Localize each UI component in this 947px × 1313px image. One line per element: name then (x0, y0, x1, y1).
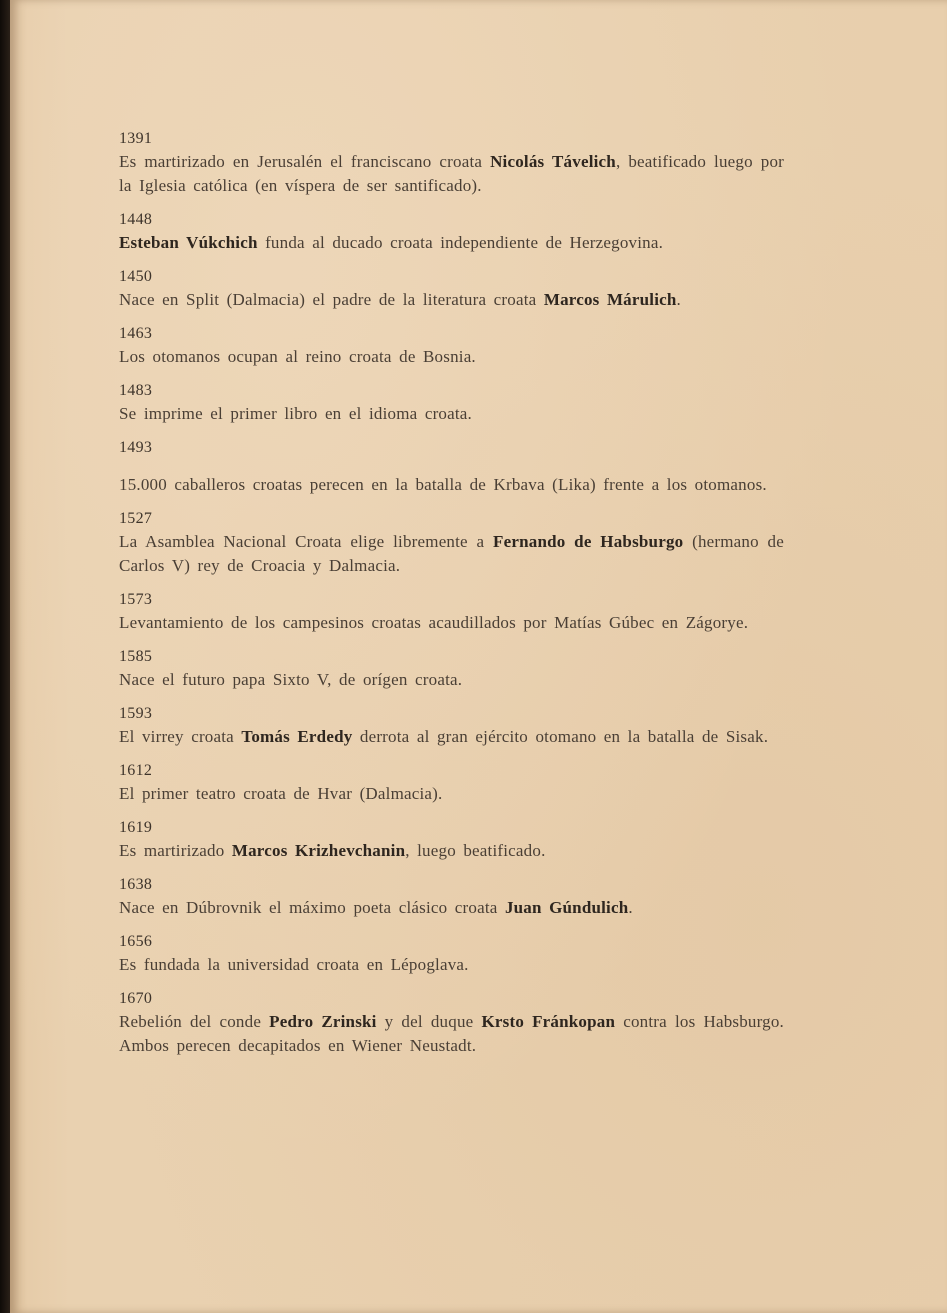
entry-year: 1493 (119, 437, 784, 459)
person-name: Nicolás Távelich (490, 152, 616, 171)
entry-year: 1585 (119, 646, 784, 668)
person-name: Marcos Krizhevchanin (232, 841, 405, 860)
entry-text: Los otomanos ocupan al reino croata de B… (119, 345, 784, 369)
entry-year: 1619 (119, 817, 784, 839)
person-name: Marcos Márulich (544, 290, 677, 309)
text-segment: . (628, 898, 632, 917)
text-segment: Nace en Dúbrovnik el máximo poeta clásic… (119, 898, 505, 917)
spacer (119, 459, 784, 473)
person-name: Esteban Vúkchich (119, 233, 258, 252)
text-segment: La Asamblea Nacional Croata elige librem… (119, 532, 493, 551)
entry-year: 1450 (119, 266, 784, 288)
chronology-entry: 1463Los otomanos ocupan al reino croata … (119, 323, 784, 369)
entry-text: Es martirizado Marcos Krizhevchanin, lue… (119, 839, 784, 863)
entry-year: 1391 (119, 128, 784, 150)
chronology-entry: 1670Rebelión del conde Pedro Zrinski y d… (119, 988, 784, 1058)
chronology-entry: 1585Nace el futuro papa Sixto V, de oríg… (119, 646, 784, 692)
text-segment: Nace en Split (Dalmacia) el padre de la … (119, 290, 544, 309)
entry-text: Levantamiento de los campesinos croatas … (119, 611, 784, 635)
entry-text: Se imprime el primer libro en el idioma … (119, 402, 784, 426)
entry-year: 1612 (119, 760, 784, 782)
entry-year: 1527 (119, 508, 784, 530)
entry-year: 1656 (119, 931, 784, 953)
entry-year: 1463 (119, 323, 784, 345)
text-segment: Se imprime el primer libro en el idioma … (119, 404, 472, 423)
text-segment: El virrey croata (119, 727, 241, 746)
person-name: Tomás Erdedy (241, 727, 352, 746)
text-segment: funda al ducado croata independiente de … (258, 233, 663, 252)
person-name: Krsto Fránkopan (481, 1012, 615, 1031)
chronology-entry: 1619Es martirizado Marcos Krizhevchanin,… (119, 817, 784, 863)
text-segment: Es martirizado (119, 841, 232, 860)
entry-text: Es fundada la universidad croata en Lépo… (119, 953, 784, 977)
chronology-entry: 149315.000 caballeros croatas perecen en… (119, 437, 784, 497)
text-segment: Levantamiento de los campesinos croatas … (119, 613, 748, 632)
entry-text: Nace en Split (Dalmacia) el padre de la … (119, 288, 784, 312)
chronology-entry: 1391Es martirizado en Jerusalén el franc… (119, 128, 784, 198)
text-segment: Rebelión del conde (119, 1012, 269, 1031)
entry-year: 1483 (119, 380, 784, 402)
text-segment: derrota al gran ejército otomano en la b… (352, 727, 768, 746)
text-segment: El primer teatro croata de Hvar (Dalmaci… (119, 784, 442, 803)
chronology-entry: 1483Se imprime el primer libro en el idi… (119, 380, 784, 426)
chronology-entry: 1573Levantamiento de los campesinos croa… (119, 589, 784, 635)
entry-text: 15.000 caballeros croatas perecen en la … (119, 473, 784, 497)
entry-year: 1638 (119, 874, 784, 896)
chronology-entry: 1656Es fundada la universidad croata en … (119, 931, 784, 977)
entry-year: 1573 (119, 589, 784, 611)
text-segment: Los otomanos ocupan al reino croata de B… (119, 347, 476, 366)
book-spine (0, 0, 10, 1313)
person-name: Fernando de Habsburgo (493, 532, 683, 551)
chronology-entry: 1448Esteban Vúkchich funda al ducado cro… (119, 209, 784, 255)
entry-text: Esteban Vúkchich funda al ducado croata … (119, 231, 784, 255)
text-segment: 15.000 caballeros croatas perecen en la … (119, 475, 767, 494)
chronology-entry: 1593El virrey croata Tomás Erdedy derrot… (119, 703, 784, 749)
chronology-entry: 1527La Asamblea Nacional Croata elige li… (119, 508, 784, 578)
chronology-entry: 1450Nace en Split (Dalmacia) el padre de… (119, 266, 784, 312)
text-segment: y del duque (377, 1012, 482, 1031)
entry-text: Es martirizado en Jerusalén el francisca… (119, 150, 784, 198)
text-segment: . (677, 290, 681, 309)
text-segment: Es martirizado en Jerusalén el francisca… (119, 152, 490, 171)
person-name: Pedro Zrinski (269, 1012, 376, 1031)
entry-year: 1448 (119, 209, 784, 231)
chronology-list: 1391Es martirizado en Jerusalén el franc… (119, 128, 784, 1069)
entry-text: Nace en Dúbrovnik el máximo poeta clásic… (119, 896, 784, 920)
entry-text: El virrey croata Tomás Erdedy derrota al… (119, 725, 784, 749)
chronology-entry: 1638Nace en Dúbrovnik el máximo poeta cl… (119, 874, 784, 920)
entry-year: 1593 (119, 703, 784, 725)
text-segment: Es fundada la universidad croata en Lépo… (119, 955, 469, 974)
text-segment: , luego beatificado. (405, 841, 545, 860)
chronology-entry: 1612El primer teatro croata de Hvar (Dal… (119, 760, 784, 806)
entry-text: El primer teatro croata de Hvar (Dalmaci… (119, 782, 784, 806)
entry-text: La Asamblea Nacional Croata elige librem… (119, 530, 784, 578)
entry-text: Rebelión del conde Pedro Zrinski y del d… (119, 1010, 784, 1058)
text-segment: Nace el futuro papa Sixto V, de orígen c… (119, 670, 462, 689)
entry-text: Nace el futuro papa Sixto V, de orígen c… (119, 668, 784, 692)
person-name: Juan Gúndulich (505, 898, 628, 917)
entry-year: 1670 (119, 988, 784, 1010)
